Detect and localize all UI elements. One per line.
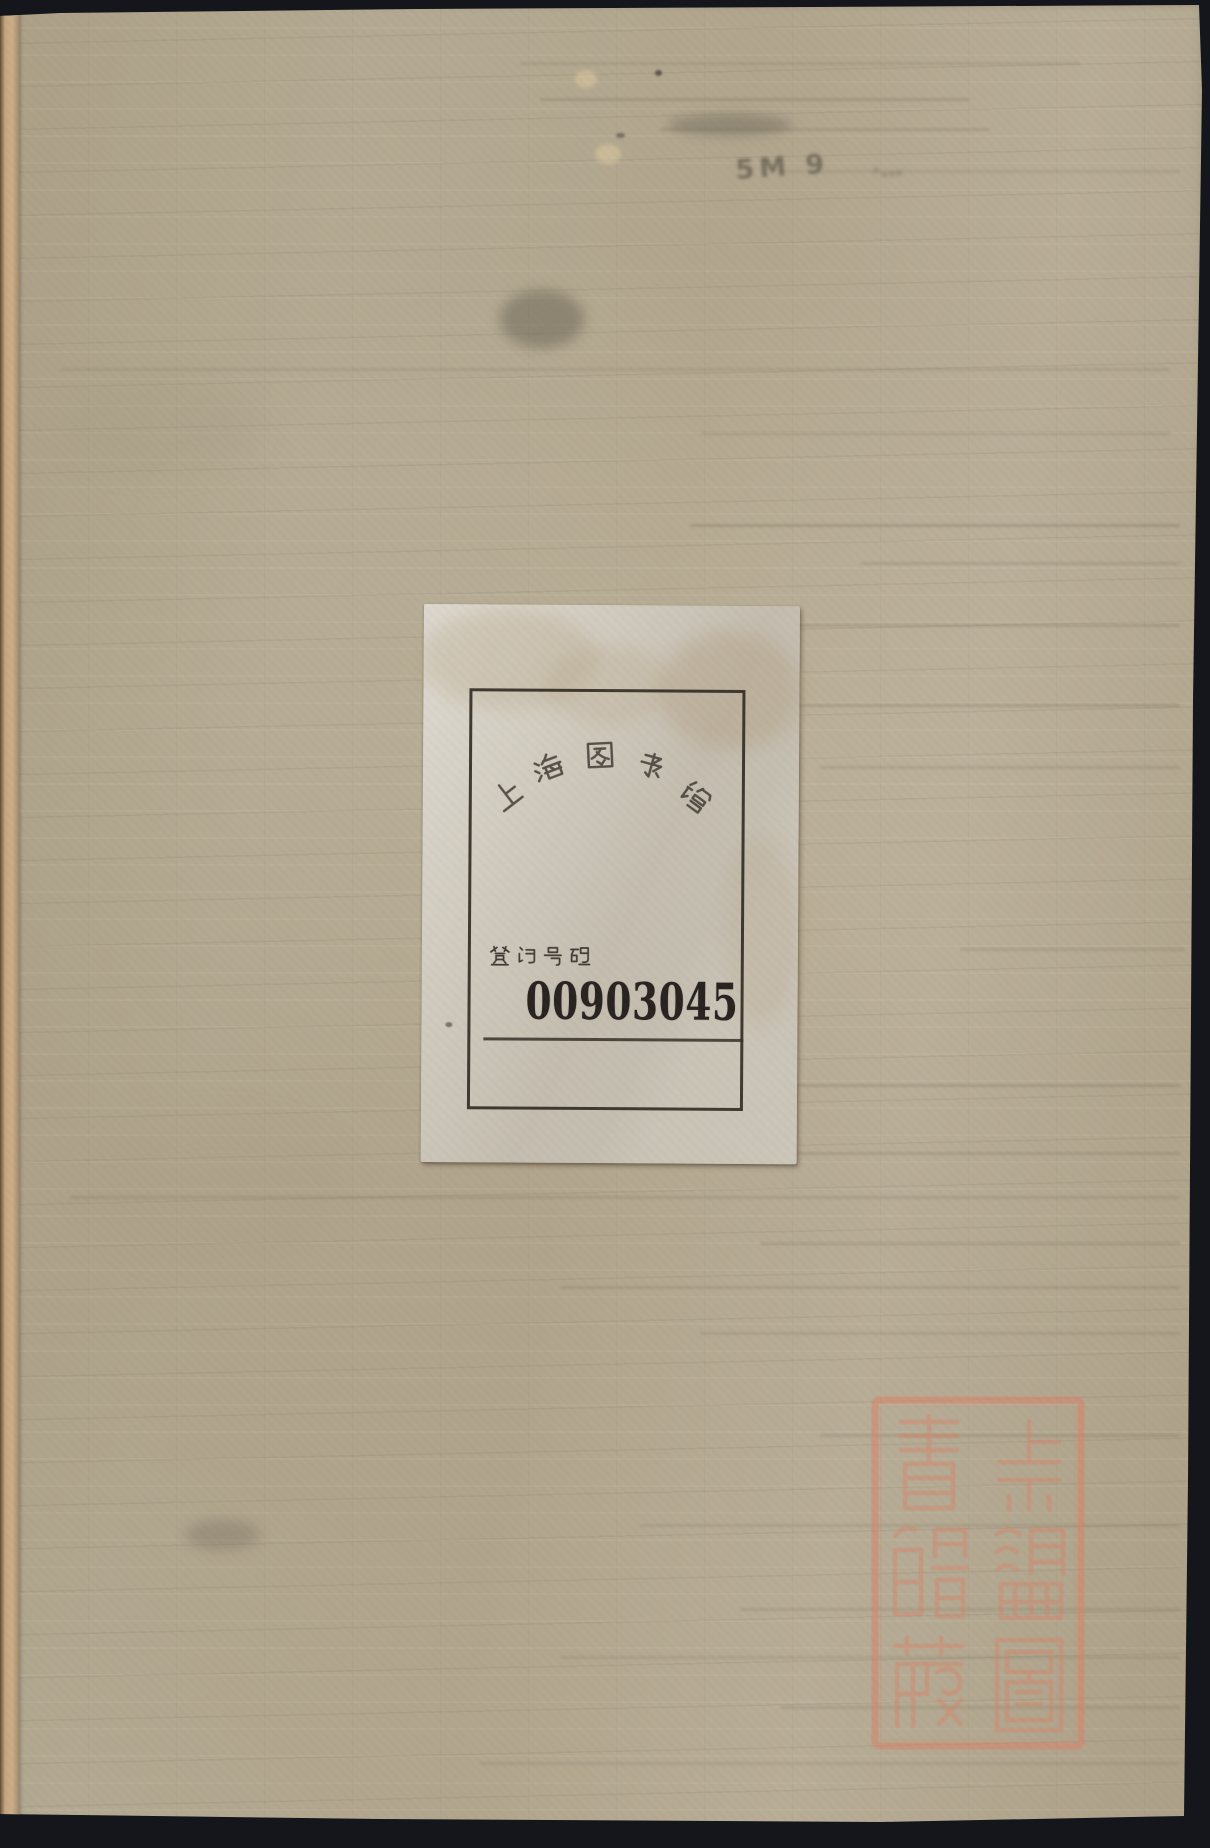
label-crumple-texture	[421, 604, 800, 1164]
registration-field-label	[424, 604, 800, 606]
cjk-glyph-书	[630, 746, 672, 788]
paper-streak	[780, 170, 1180, 173]
cjk-glyph-上	[483, 772, 531, 820]
paper-streak	[700, 1332, 1180, 1335]
paper-speck	[655, 70, 662, 76]
label-stain	[418, 609, 599, 710]
library-stamp-arc	[424, 604, 800, 606]
label-stain	[658, 630, 804, 751]
collection-seal	[871, 1396, 1085, 1750]
seal-char-书	[901, 1416, 957, 1508]
seal-char-海	[997, 1530, 1063, 1619]
bleedthrough-marks: 5M 9	[734, 145, 877, 203]
scanned-page: 5M 9 ·… 00903045	[0, 0, 1210, 1848]
paper-stain	[90, 1120, 350, 1260]
paper-streak	[540, 704, 1180, 707]
page-paper: 5M 9 ·… 00903045	[0, 0, 1210, 1848]
seal-char-藏	[895, 1638, 963, 1726]
paper-streak	[700, 432, 1170, 435]
paper-streak	[780, 1706, 1180, 1709]
label-speck	[445, 1022, 452, 1027]
paper-streak	[820, 1434, 1180, 1437]
paper-streak	[480, 1762, 1180, 1765]
paper-stain	[595, 144, 621, 164]
spine-edge	[0, 0, 19, 1848]
paper-stain	[575, 70, 597, 88]
paper-streak	[620, 1084, 1180, 1087]
paper-stain	[500, 290, 584, 348]
library-label: 00903045	[421, 604, 800, 1164]
label-stain	[721, 836, 802, 1026]
paper-streak	[760, 1242, 1180, 1245]
paper-streak	[560, 1656, 1180, 1659]
paper-streak	[70, 1196, 1180, 1199]
paper-speck	[616, 133, 625, 138]
paper-streak	[700, 1152, 1180, 1155]
paper-streak	[640, 1524, 1180, 1527]
seal-char-馆	[895, 1528, 967, 1616]
paper-streak	[560, 1286, 1180, 1289]
bleedthrough-marks: ·…	[871, 153, 934, 189]
cjk-glyph-码	[567, 945, 591, 969]
paper-streak	[820, 766, 1180, 769]
paper-streak	[960, 948, 1185, 951]
paper-stain	[668, 114, 792, 136]
seal-char-上	[999, 1422, 1059, 1510]
paper-streak	[60, 368, 1170, 371]
registration-number: 00903045	[525, 977, 738, 1029]
cjk-glyph-记	[514, 945, 538, 969]
paper-stain	[186, 1520, 260, 1550]
paper-streak	[860, 562, 1180, 565]
cjk-glyph-馆	[671, 775, 719, 823]
number-underline	[483, 1037, 743, 1042]
paper-streak	[540, 98, 970, 101]
paper-streak	[700, 624, 1180, 627]
cjk-glyph-图	[582, 737, 618, 773]
seal-char-图	[997, 1640, 1061, 1730]
cjk-glyph-登	[488, 944, 512, 968]
paper-stain	[60, 380, 260, 470]
paper-streak	[660, 128, 990, 131]
paper-streak	[740, 1608, 1180, 1611]
label-border-box	[467, 688, 746, 1111]
paper-streak	[520, 62, 1080, 65]
cjk-glyph-号	[541, 945, 565, 969]
cjk-glyph-海	[526, 747, 570, 791]
label-stain	[543, 645, 673, 726]
paper-streak	[690, 524, 1180, 527]
